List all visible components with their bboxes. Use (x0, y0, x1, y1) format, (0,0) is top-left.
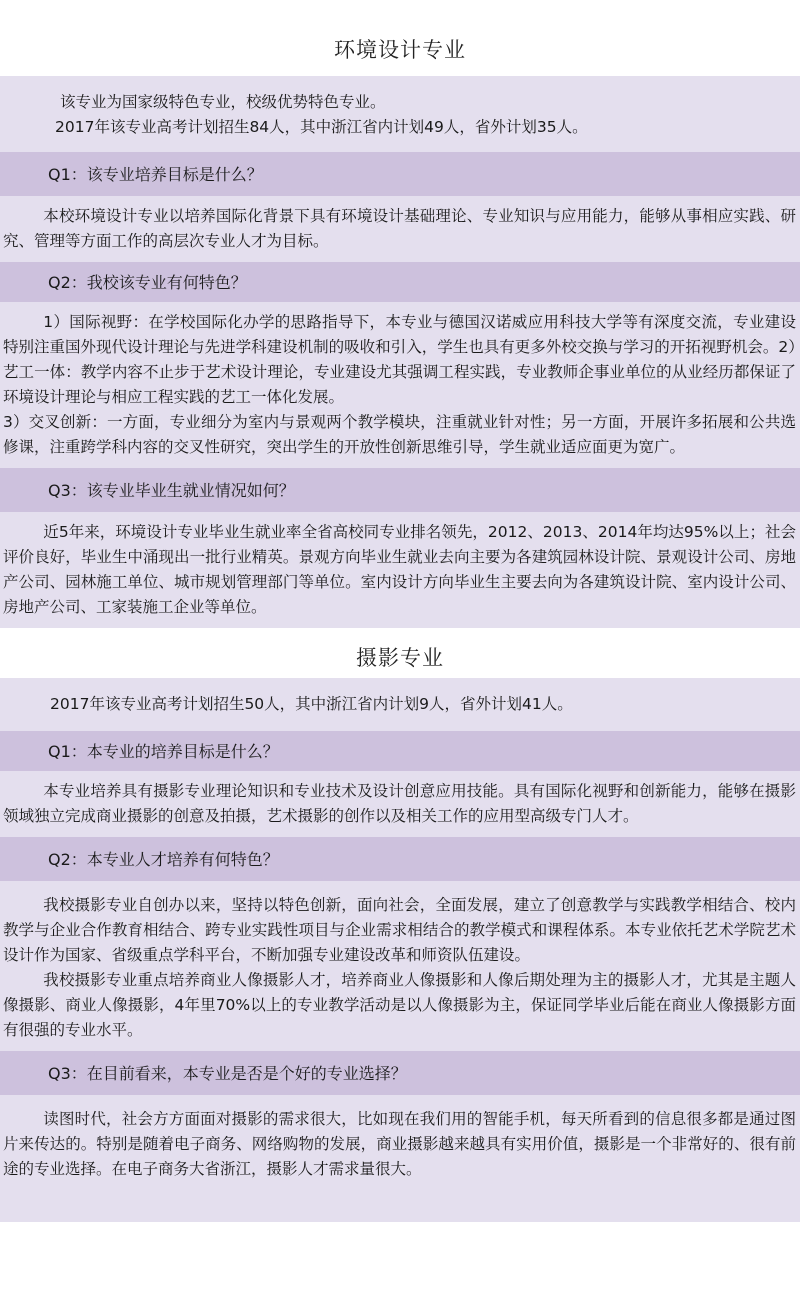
section-photography: 摄影专业 2017年该专业高考计划招生50人，其中浙江省内计划9人，省外计划41… (0, 628, 800, 1222)
answer-text: 本专业培养具有摄影专业理论知识和专业技术及设计创意应用技能。具有国际化视野和创新… (0, 771, 800, 837)
question-heading: Q3：在目前看来，本专业是否是个好的专业选择？ (0, 1051, 800, 1095)
answer-text: 读图时代，社会方方面面对摄影的需求很大，比如现在我们用的智能手机，每天所看到的信… (0, 1095, 800, 1222)
question-heading: Q3：该专业毕业生就业情况如何？ (0, 468, 800, 512)
answer-text: 我校摄影专业自创办以来，坚持以特色创新，面向社会，全面发展，建立了创意教学与实践… (0, 881, 800, 1051)
answer-paragraph: 近5年来，环境设计专业毕业生就业率全省高校同专业排名领先，2012、2013、2… (3, 520, 796, 620)
intro-line: 该专业为国家级特色专业，校级优势特色专业。 (0, 90, 800, 115)
answer-paragraph: 读图时代，社会方方面面对摄影的需求很大，比如现在我们用的智能手机，每天所看到的信… (3, 1107, 796, 1182)
question-heading: Q1：该专业培养目标是什么？ (0, 152, 800, 196)
question-heading: Q1：本专业的培养目标是什么？ (0, 731, 800, 771)
answer-paragraph: 3）交叉创新：一方面，专业细分为室内与景观两个教学模块，注重就业针对性；另一方面… (3, 410, 796, 460)
answer-text: 近5年来，环境设计专业毕业生就业率全省高校同专业排名领先，2012、2013、2… (0, 512, 800, 628)
answer-paragraph: 本专业培养具有摄影专业理论知识和专业技术及设计创意应用技能。具有国际化视野和创新… (3, 779, 796, 829)
answer-text: 1）国际视野：在学校国际化办学的思路指导下，本专业与德国汉诺威应用科技大学等有深… (0, 302, 800, 468)
answer-paragraph: 1）国际视野：在学校国际化办学的思路指导下，本专业与德国汉诺威应用科技大学等有深… (3, 310, 796, 410)
section-intro: 该专业为国家级特色专业，校级优势特色专业。 2017年该专业高考计划招生84人，… (0, 76, 800, 152)
section-intro: 2017年该专业高考计划招生50人，其中浙江省内计划9人，省外计划41人。 (0, 678, 800, 731)
answer-paragraph: 我校摄影专业自创办以来，坚持以特色创新，面向社会，全面发展，建立了创意教学与实践… (3, 893, 796, 968)
answer-paragraph: 我校摄影专业重点培养商业人像摄影人才，培养商业人像摄影和人像后期处理为主的摄影人… (3, 968, 796, 1043)
answer-paragraph: 本校环境设计专业以培养国际化背景下具有环境设计基础理论、专业知识与应用能力，能够… (3, 204, 796, 254)
intro-line: 2017年该专业高考计划招生84人，其中浙江省内计划49人，省外计划35人。 (0, 115, 800, 140)
section-environment-design: 环境设计专业 该专业为国家级特色专业，校级优势特色专业。 2017年该专业高考计… (0, 0, 800, 628)
question-heading: Q2：本专业人才培养有何特色？ (0, 837, 800, 881)
intro-line: 2017年该专业高考计划招生50人，其中浙江省内计划9人，省外计划41人。 (50, 692, 800, 717)
section-title: 环境设计专业 (0, 0, 800, 76)
answer-text: 本校环境设计专业以培养国际化背景下具有环境设计基础理论、专业知识与应用能力，能够… (0, 196, 800, 262)
section-title: 摄影专业 (0, 628, 800, 678)
question-heading: Q2：我校该专业有何特色？ (0, 262, 800, 302)
